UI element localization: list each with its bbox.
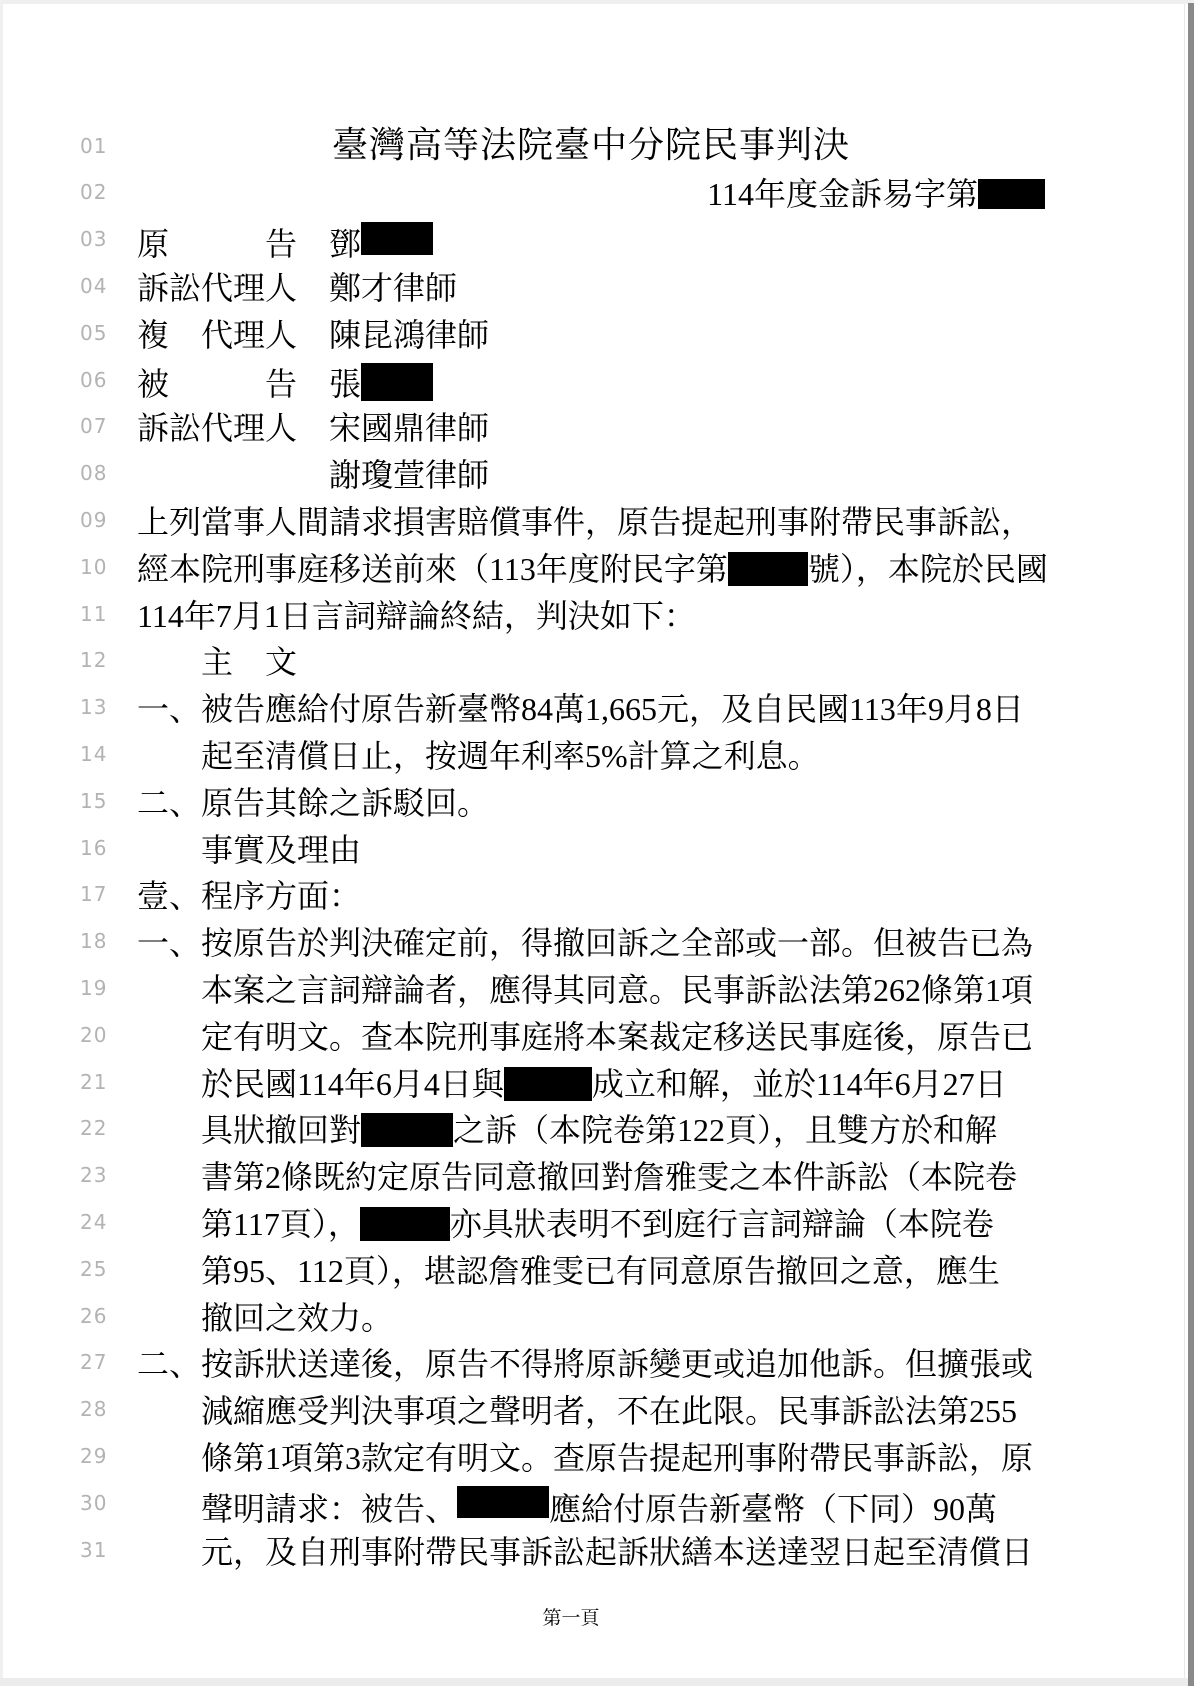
judgment-line: 12主 文 (80, 638, 1080, 685)
text-segment: 之訴（本院卷第122頁），且雙方於和解 (453, 1112, 997, 1148)
line-content: 壹、程序方面： (137, 877, 1045, 915)
judgment-line: 18一、按原告於判決確定前，得撤回訴之全部或一部。但被告已為 (80, 919, 1080, 966)
line-content: 複 代理人 陳昆鴻律師 (137, 316, 1045, 354)
line-number: 27 (80, 1351, 107, 1373)
text-segment: 上列當事人間請求損害賠償事件，原告提起刑事附帶民事訴訟， (137, 504, 1033, 540)
line-number: 21 (80, 1071, 107, 1093)
judgment-line: 23書第2條既約定原告同意撤回對詹雅雯之本件訴訟（本院卷 (80, 1153, 1080, 1200)
line-content: 二、原告其餘之訴駁回。 (137, 784, 1045, 822)
judgment-line: 06被 告 張 (80, 358, 1080, 405)
line-number: 06 (80, 369, 107, 391)
line-number: 04 (80, 275, 107, 297)
line-content: 條第1項第3款定有明文。查原告提起刑事附帶民事訴訟，原 (137, 1439, 1109, 1477)
line-number: 14 (80, 743, 107, 765)
line-number: 17 (80, 883, 107, 905)
text-segment: 事實及理由 (201, 832, 361, 868)
judgment-line: 04訴訟代理人 鄭才律師 (80, 264, 1080, 311)
line-content: 訴訟代理人 宋國鼎律師 (137, 409, 1045, 447)
line-number: 03 (80, 228, 107, 250)
line-content: 第95、112頁），堪認詹雅雯已有同意原告撤回之意，應生 (137, 1252, 1109, 1290)
judgment-line: 25第95、112頁），堪認詹雅雯已有同意原告撤回之意，應生 (80, 1247, 1080, 1294)
line-number: 15 (80, 790, 107, 812)
judgment-line: 16事實及理由 (80, 826, 1080, 873)
line-number: 11 (80, 603, 107, 625)
line-number: 12 (80, 649, 107, 671)
line-number: 31 (80, 1539, 107, 1561)
line-content: 具狀撤回對之訴（本院卷第122頁），且雙方於和解 (137, 1111, 1109, 1149)
line-number: 09 (80, 509, 107, 531)
text-segment: 二、原告其餘之訴駁回。 (137, 785, 489, 821)
text-segment: 114年7月1日言詞辯論終結，判決如下： (137, 598, 696, 634)
text-segment: 起至清償日止，按週年利率5%計算之利息。 (201, 738, 820, 774)
text-segment: 謝瓊萱律師 (137, 457, 489, 493)
line-number: 28 (80, 1398, 107, 1420)
judgment-line: 17壹、程序方面： (80, 872, 1080, 919)
redaction-box (457, 1486, 549, 1518)
judgment-page: 01臺灣高等法院臺中分院民事判決02114年度金訴易字第03原 告 鄧04訴訟代… (0, 0, 1194, 1686)
line-number: 25 (80, 1258, 107, 1280)
line-number: 30 (80, 1492, 107, 1514)
judgment-line: 05複 代理人 陳昆鴻律師 (80, 311, 1080, 358)
line-content: 被 告 張 (137, 363, 1045, 403)
text-segment: 訴訟代理人 宋國鼎律師 (137, 410, 489, 446)
line-number: 07 (80, 415, 107, 437)
judgment-line: 07訴訟代理人 宋國鼎律師 (80, 404, 1080, 451)
judgment-line: 26撤回之效力。 (80, 1294, 1080, 1341)
line-content: 一、按原告於判決確定前，得撤回訴之全部或一部。但被告已為 (137, 924, 1045, 962)
text-segment: 定有明文。查本院刑事庭將本案裁定移送民事庭後，原告已 (201, 1019, 1033, 1055)
line-number: 19 (80, 977, 107, 999)
judgment-line: 28減縮應受判決事項之聲明者，不在此限。民事訴訟法第255 (80, 1387, 1080, 1434)
text-segment: 原 告 鄧 (137, 226, 361, 262)
page-edge-top (0, 0, 1194, 4)
line-content: 臺灣高等法院臺中分院民事判決 (137, 126, 1045, 164)
line-number: 02 (80, 181, 107, 203)
redaction-box (361, 1113, 453, 1147)
text-segment: 壹、程序方面： (137, 878, 361, 914)
redaction-box (728, 552, 808, 586)
line-content: 起至清償日止，按週年利率5%計算之利息。 (137, 737, 1109, 775)
text-segment: 號），本院於民國 (808, 551, 1048, 587)
text-segment: 訴訟代理人 鄭才律師 (137, 270, 457, 306)
line-content: 經本院刑事庭移送前來（113年度附民字第號），本院於民國 (137, 550, 1045, 588)
line-number: 13 (80, 696, 107, 718)
line-content: 上列當事人間請求損害賠償事件，原告提起刑事附帶民事訴訟， (137, 503, 1045, 541)
text-segment: 減縮應受判決事項之聲明者，不在此限。民事訴訟法第255 (201, 1393, 1017, 1429)
judgment-line: 29條第1項第3款定有明文。查原告提起刑事附帶民事訴訟，原 (80, 1434, 1080, 1481)
text-segment: 聲明請求：被告、 (201, 1491, 457, 1527)
line-content: 114年7月1日言詞辯論終結，判決如下： (137, 597, 1045, 635)
line-number: 20 (80, 1024, 107, 1046)
judgment-line: 13一、被告應給付原告新臺幣84萬1,665元，及自民國113年9月8日 (80, 685, 1080, 732)
judgment-line: 22具狀撤回對之訴（本院卷第122頁），且雙方於和解 (80, 1106, 1080, 1153)
judgment-line: 19本案之言詞辯論者，應得其同意。民事訴訟法第262條第1項 (80, 966, 1080, 1013)
line-number: 01 (80, 135, 107, 157)
judgment-line: 20定有明文。查本院刑事庭將本案裁定移送民事庭後，原告已 (80, 1013, 1080, 1060)
judgment-line: 31元，及自刑事附帶民事訴訟起訴狀繕本送達翌日起至清償日 (80, 1528, 1080, 1575)
line-content: 聲明請求：被告、應給付原告新臺幣（下同）90萬 (137, 1486, 1109, 1528)
text-segment: 撤回之效力。 (201, 1300, 393, 1336)
line-number: 22 (80, 1117, 107, 1139)
judgment-line: 30聲明請求：被告、應給付原告新臺幣（下同）90萬 (80, 1481, 1080, 1528)
line-number: 05 (80, 322, 107, 344)
text-segment: 具狀撤回對 (201, 1112, 361, 1148)
line-content: 第117頁），亦具狀表明不到庭行言詞辯論（本院卷 (137, 1205, 1109, 1243)
text-segment: 114年度金訴易字第 (707, 176, 978, 212)
judgment-line: 10經本院刑事庭移送前來（113年度附民字第號），本院於民國 (80, 545, 1080, 592)
text-segment: 亦具狀表明不到庭行言詞辯論（本院卷 (450, 1206, 994, 1242)
judgment-line: 01臺灣高等法院臺中分院民事判決 (80, 124, 1080, 171)
line-content: 書第2條既約定原告同意撤回對詹雅雯之本件訴訟（本院卷 (137, 1158, 1109, 1196)
line-number: 08 (80, 462, 107, 484)
line-content: 謝瓊萱律師 (137, 456, 1045, 494)
text-segment: 一、被告應給付原告新臺幣84萬1,665元，及自民國113年9月8日 (137, 691, 1024, 727)
judgment-line: 15二、原告其餘之訴駁回。 (80, 779, 1080, 826)
judgment-line: 03原 告 鄧 (80, 217, 1080, 264)
judgment-line: 08 謝瓊萱律師 (80, 451, 1080, 498)
line-content: 原 告 鄧 (137, 222, 1045, 263)
redaction-box (360, 1207, 450, 1241)
line-content: 元，及自刑事附帶民事訴訟起訴狀繕本送達翌日起至清償日 (137, 1533, 1109, 1571)
text-segment: 書第2條既約定原告同意撤回對詹雅雯之本件訴訟（本院卷 (201, 1159, 1017, 1195)
line-content: 一、被告應給付原告新臺幣84萬1,665元，及自民國113年9月8日 (137, 690, 1045, 728)
line-content: 事實及理由 (137, 831, 1109, 869)
redaction-box (361, 363, 433, 401)
text-segment: 複 代理人 陳昆鴻律師 (137, 317, 489, 353)
text-segment: 經本院刑事庭移送前來（113年度附民字第 (137, 551, 728, 587)
redaction-box (504, 1067, 592, 1101)
text-segment: 被 告 張 (137, 366, 361, 402)
page-footer: 第一頁 (516, 1603, 626, 1630)
text-segment: 成立和解，並於114年6月27日 (592, 1066, 1007, 1102)
judgment-line: 21於民國114年6月4日與成立和解，並於114年6月27日 (80, 1060, 1080, 1107)
page-edge-bottom (0, 1678, 1194, 1686)
line-content: 114年度金訴易字第 (137, 175, 1045, 213)
text-segment: 第117頁）， (201, 1206, 360, 1242)
judgment-line: 02114年度金訴易字第 (80, 170, 1080, 217)
line-number: 24 (80, 1211, 107, 1233)
document-body: 01臺灣高等法院臺中分院民事判決02114年度金訴易字第03原 告 鄧04訴訟代… (0, 0, 1194, 1686)
line-number: 16 (80, 837, 107, 859)
text-segment: 條第1項第3款定有明文。查原告提起刑事附帶民事訴訟，原 (201, 1440, 1033, 1476)
text-segment: 元，及自刑事附帶民事訴訟起訴狀繕本送達翌日起至清償日 (201, 1534, 1033, 1570)
judgment-line: 27二、按訴狀送達後，原告不得將原訴變更或追加他訴。但擴張或 (80, 1340, 1080, 1387)
text-segment: 主 文 (201, 644, 297, 680)
judgment-line: 11114年7月1日言詞辯論終結，判決如下： (80, 592, 1080, 639)
line-content: 於民國114年6月4日與成立和解，並於114年6月27日 (137, 1065, 1109, 1103)
line-number: 10 (80, 556, 107, 578)
text-segment: 二、按訴狀送達後，原告不得將原訴變更或追加他訴。但擴張或 (137, 1346, 1033, 1382)
judgment-line: 24第117頁），亦具狀表明不到庭行言詞辯論（本院卷 (80, 1200, 1080, 1247)
judgment-line: 14起至清償日止，按週年利率5%計算之利息。 (80, 732, 1080, 779)
text-segment: 應給付原告新臺幣（下同）90萬 (549, 1491, 997, 1527)
redaction-box (978, 179, 1045, 209)
page-edge-right-bar (1188, 3, 1194, 1686)
text-segment: 臺灣高等法院臺中分院民事判決 (332, 125, 850, 165)
redaction-box (361, 222, 433, 255)
text-segment: 第95、112頁），堪認詹雅雯已有同意原告撤回之意，應生 (201, 1253, 1000, 1289)
line-content: 二、按訴狀送達後，原告不得將原訴變更或追加他訴。但擴張或 (137, 1345, 1045, 1383)
line-content: 定有明文。查本院刑事庭將本案裁定移送民事庭後，原告已 (137, 1018, 1109, 1056)
line-number: 26 (80, 1305, 107, 1327)
line-number: 23 (80, 1164, 107, 1186)
line-number: 29 (80, 1445, 107, 1467)
text-segment: 本案之言詞辯論者，應得其同意。民事訴訟法第262條第1項 (201, 972, 1033, 1008)
line-content: 本案之言詞辯論者，應得其同意。民事訴訟法第262條第1項 (137, 971, 1109, 1009)
judgment-line: 09上列當事人間請求損害賠償事件，原告提起刑事附帶民事訴訟， (80, 498, 1080, 545)
line-content: 減縮應受判決事項之聲明者，不在此限。民事訴訟法第255 (137, 1392, 1109, 1430)
line-content: 訴訟代理人 鄭才律師 (137, 269, 1045, 307)
line-content: 主 文 (137, 643, 1109, 681)
line-number: 18 (80, 930, 107, 952)
text-segment: 一、按原告於判決確定前，得撤回訴之全部或一部。但被告已為 (137, 925, 1033, 961)
text-segment: 於民國114年6月4日與 (201, 1066, 504, 1102)
line-content: 撤回之效力。 (137, 1299, 1109, 1337)
